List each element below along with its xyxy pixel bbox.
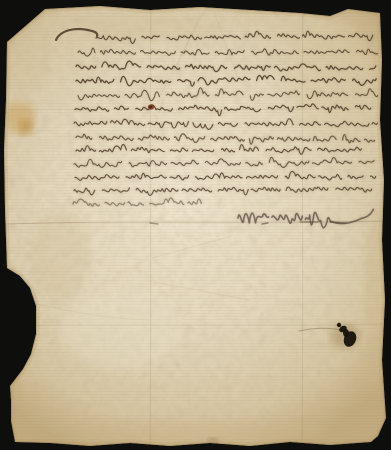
wax-red-spot (148, 104, 154, 109)
letter-paper (1, 6, 388, 446)
manuscript-photo (0, 0, 391, 450)
manuscript-scene (0, 0, 391, 450)
